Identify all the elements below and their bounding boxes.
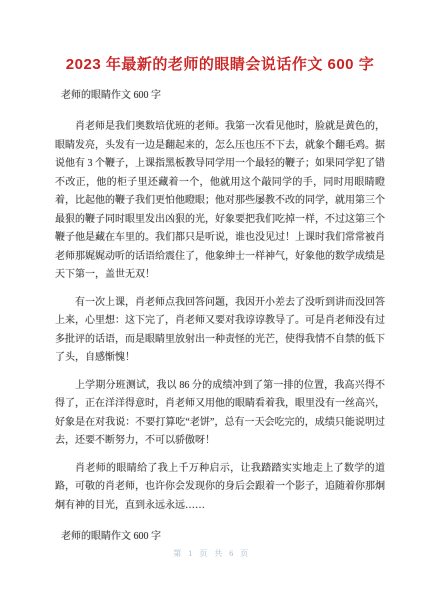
page-title: 2023 年最新的老师的眼睛会说话作文 600 字 (55, 54, 385, 76)
essay-subtitle: 老师的眼睛作文 600 字 (55, 88, 385, 103)
body-paragraph: 肖老师是我们奥数培优班的老师。我第一次看见他时，脸就是黄色的，眼睛发亮，头发有一… (55, 118, 385, 285)
body-paragraph: 肖老师的眼睛给了我上千万种启示，让我踏踏实实地走上了数学的道路，可敬的肖老师，也… (55, 460, 385, 516)
document-page: 2023 年最新的老师的眼睛会说话作文 600 字 老师的眼睛作文 600 字 … (0, 0, 424, 600)
page-number-footer: 第 1 页 共 6 页 (0, 548, 424, 559)
body-paragraph: 有一次上课，肖老师点我回答问题，我因开小差去了没听到讲而没回答上来，心里想：这下… (55, 294, 385, 368)
closing-line: 老师的眼睛作文 600 字 (55, 529, 385, 544)
body-paragraph: 上学期分班测试，我以 86 分的成绩冲到了第一排的位置，我高兴得不得了，正在洋洋… (55, 377, 385, 451)
